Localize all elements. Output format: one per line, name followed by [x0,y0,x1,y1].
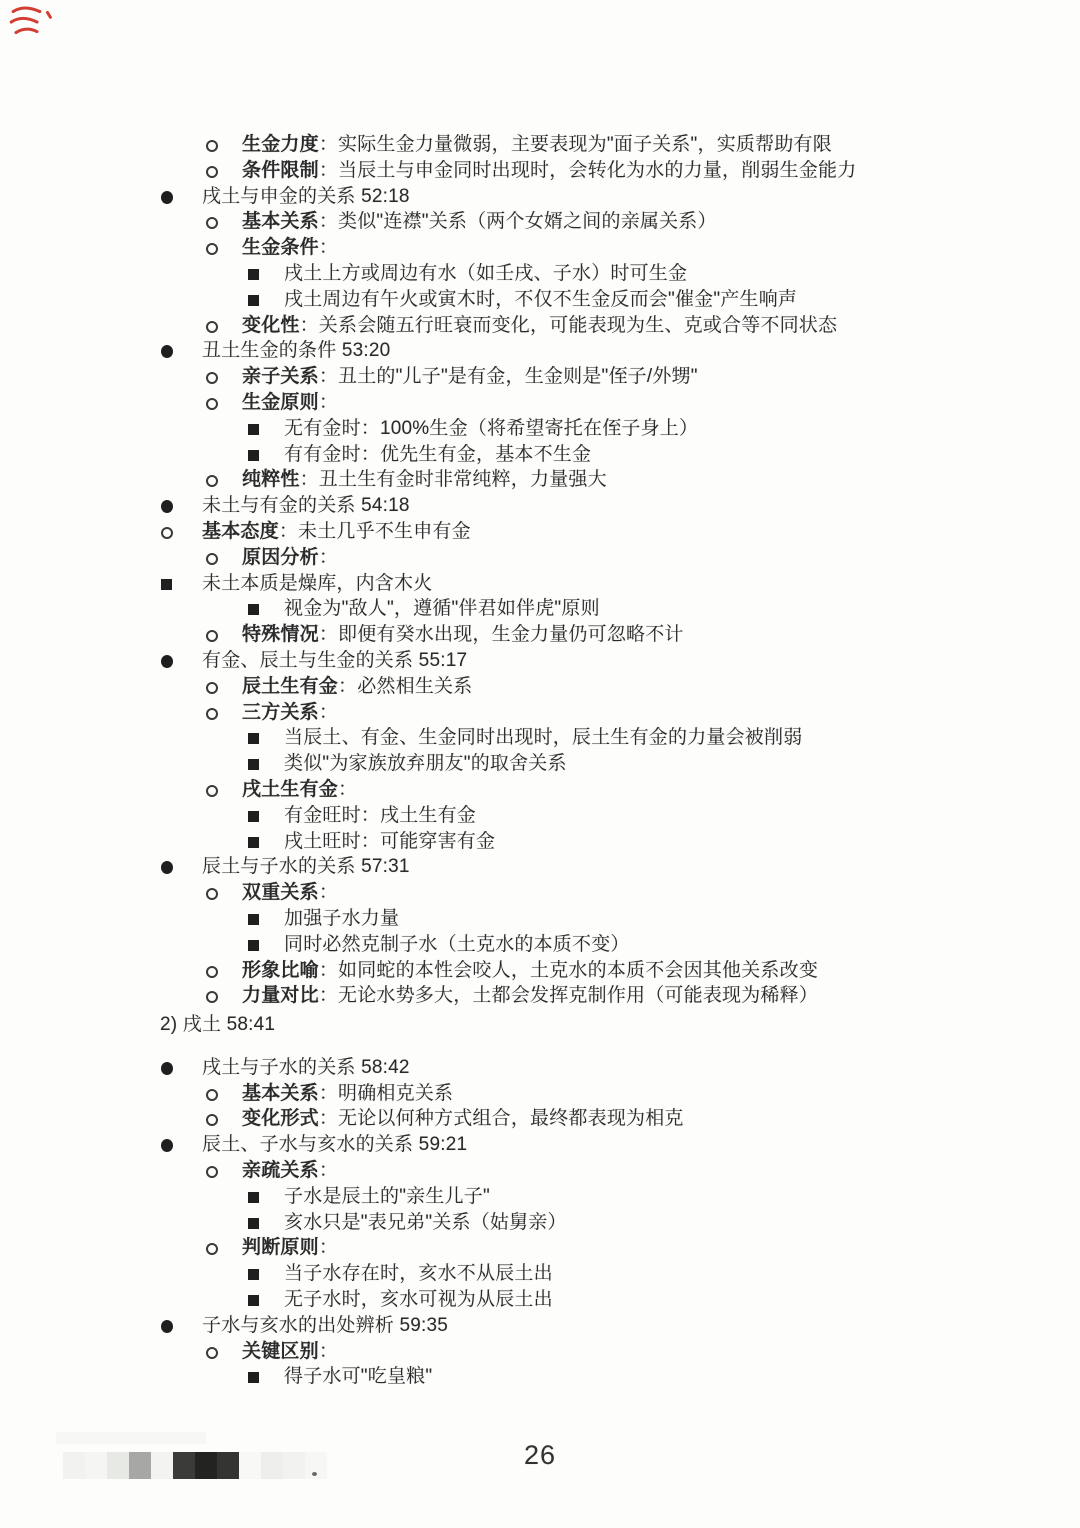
list-item: 同时必然克制子水（土克水的本质不变） [0,932,1080,958]
red-stroke [16,29,37,32]
list-item: 有金旺时：戌土生有金 [0,803,1080,829]
square-bullet-icon [248,1218,259,1229]
item-text: ：无论以何种方式组合，最终都表现为相克 [319,1108,684,1129]
item-text: ：关系会随五行旺衰而变化，可能表现为生、克或合等不同状态 [300,315,838,336]
item-text: 无子水时，亥水可视为从辰土出 [284,1289,553,1310]
red-stroke [48,13,51,18]
document-page: 生金力度：实际生金力量微弱，主要表现为"面子关系"，实质帮助有限条件限制：当辰土… [0,0,1080,1528]
list-item: 戌土与子水的关系 58:42 [0,1055,1080,1081]
list-item: 未土与有金的关系 54:18 [0,493,1080,519]
list-item: 力量对比：无论水势多大，土都会发挥克制作用（可能表现为稀释） [0,983,1080,1009]
item-text: 戌土与子水的关系 58:42 [202,1057,410,1078]
circle-bullet-icon [206,991,218,1003]
item-label: 生金原则 [242,392,319,413]
disc-bullet-icon [161,655,173,668]
item-text: ：丑土的"儿子"是有金，生金则是"侄子/外甥" [319,366,698,387]
list-item: 基本态度：未土几乎不生申有金 [0,519,1080,545]
square-bullet-icon [248,424,259,435]
list-item: 原因分析： [0,545,1080,571]
list-item: 视金为"敌人"，遵循"伴君如伴虎"原则 [0,596,1080,622]
disc-bullet-icon [161,191,173,204]
item-text: ： [338,779,357,800]
item-text: 戌土与申金的关系 52:18 [202,186,410,207]
circle-bullet-icon [206,785,218,797]
item-label: 变化形式 [242,1108,319,1129]
item-text: 有有金时：优先生有金，基本不生金 [284,444,591,465]
list-item: 特殊情况：即便有癸水出现，生金力量仍可忽略不计 [0,622,1080,648]
list-item: 丑土生金的条件 53:20 [0,338,1080,364]
item-text: 加强子水力量 [284,908,399,929]
bullet-list: 生金力度：实际生金力量微弱，主要表现为"面子关系"，实质帮助有限条件限制：当辰土… [0,132,1080,1390]
list-item: 得子水可"吃皇粮" [0,1364,1080,1390]
item-text: 未土与有金的关系 54:18 [202,495,410,516]
list-item: 亲疏关系： [0,1158,1080,1184]
item-text: 未土本质是燥库，内含木火 [202,573,432,594]
list-item: 戌土上方或周边有水（如壬戌、子水）时可生金 [0,261,1080,287]
list-item: 未土本质是燥库，内含木火 [0,571,1080,597]
item-text: 戌土周边有午火或寅木时，不仅不生金反而会"催金"产生响声 [284,289,797,310]
square-bullet-icon [248,811,259,822]
list-item: 亲子关系：丑土的"儿子"是有金，生金则是"侄子/外甥" [0,364,1080,390]
circle-bullet-icon [206,966,218,978]
item-label: 力量对比 [242,985,319,1006]
square-bullet-icon [248,1269,259,1280]
item-text: ：必然相生关系 [338,676,472,697]
item-label: 生金力度 [242,134,319,155]
circle-bullet-icon [206,682,218,694]
item-label: 双重关系 [242,882,319,903]
disc-bullet-icon [161,500,173,513]
square-bullet-icon [248,940,259,951]
item-label: 基本态度 [202,521,279,542]
item-text: 子水与亥水的出处辨析 59:35 [202,1315,448,1336]
list-item: 辰土、子水与亥水的关系 59:21 [0,1132,1080,1158]
list-item: 子水是辰土的"亲生儿子" [0,1184,1080,1210]
item-text: ：未土几乎不生申有金 [279,521,471,542]
list-item: 戌土周边有午火或寅木时，不仅不生金反而会"催金"产生响声 [0,287,1080,313]
square-bullet-icon [248,269,259,280]
item-text: 有金旺时：戌土生有金 [284,805,476,826]
item-label: 基本关系 [242,211,319,232]
square-bullet-icon [248,295,259,306]
item-text: 戌土旺时：可能穿害有金 [284,831,495,852]
list-item: 当子水存在时，亥水不从辰土出 [0,1261,1080,1287]
list-item: 三方关系： [0,700,1080,726]
circle-bullet-icon [206,888,218,900]
square-bullet-icon [248,604,259,615]
item-label: 生金条件 [242,237,319,258]
list-item: 加强子水力量 [0,906,1080,932]
item-text: 有金、辰土与生金的关系 55:17 [202,650,467,671]
square-bullet-icon [248,1295,259,1306]
item-label: 关键区别 [242,1341,319,1362]
item-text: ： [319,1341,338,1362]
circle-bullet-icon [206,553,218,565]
disc-bullet-icon [161,345,173,358]
square-bullet-icon [248,759,259,770]
red-stroke [11,18,37,22]
list-item: 戌土生有金： [0,777,1080,803]
list-item: 无有金时：100%生金（将希望寄托在侄子身上） [0,416,1080,442]
circle-bullet-icon [206,243,218,255]
circle-bullet-icon [206,630,218,642]
circle-bullet-icon [206,140,218,152]
list-item: 有有金时：优先生有金，基本不生金 [0,442,1080,468]
item-label: 原因分析 [242,547,319,568]
item-text: ：类似"连襟"关系（两个女婿之间的亲属关系） [319,211,717,232]
circle-bullet-icon [206,1166,218,1178]
circle-bullet-icon [206,166,218,178]
list-item: 双重关系： [0,880,1080,906]
square-bullet-icon [248,733,259,744]
square-bullet-icon [248,1192,259,1203]
circle-bullet-icon [206,1347,218,1359]
page-number: 26 [0,1440,1080,1471]
list-item: 变化形式：无论以何种方式组合，最终都表现为相克 [0,1106,1080,1132]
square-bullet-icon [248,450,259,461]
disc-bullet-icon [161,1139,173,1152]
item-text: ： [319,547,338,568]
item-text: 2) 戌土 58:41 [160,1014,275,1035]
item-text: ： [319,882,338,903]
square-bullet-icon [248,837,259,848]
item-text: ： [319,1237,338,1258]
list-item: 生金条件： [0,235,1080,261]
item-label: 变化性 [242,315,300,336]
circle-bullet-icon [206,217,218,229]
item-text: ： [319,702,338,723]
item-label: 条件限制 [242,160,319,181]
item-label: 三方关系 [242,702,319,723]
red-stroke [13,8,40,12]
item-label: 形象比喻 [242,960,319,981]
list-item: 当辰土、有金、生金同时出现时，辰土生有金的力量会被削弱 [0,725,1080,751]
item-text: ：明确相克关系 [319,1083,453,1104]
item-text: ：无论水势多大，土都会发挥克制作用（可能表现为稀释） [319,985,818,1006]
list-item: 戌土旺时：可能穿害有金 [0,829,1080,855]
list-item: 辰土与子水的关系 57:31 [0,854,1080,880]
item-text: ：当辰土与申金同时出现时，会转化为水的力量，削弱生金能力 [319,160,857,181]
item-label: 亲子关系 [242,366,319,387]
circle-bullet-icon [206,372,218,384]
item-text: 戌土上方或周边有水（如壬戌、子水）时可生金 [284,263,687,284]
item-text: 亥水只是"表兄弟"关系（姑舅亲） [284,1212,567,1233]
item-text: 丑土生金的条件 53:20 [202,340,390,361]
item-label: 戌土生有金 [242,779,338,800]
list-item: 生金力度：实际生金力量微弱，主要表现为"面子关系"，实质帮助有限 [0,132,1080,158]
item-text: 类似"为家族放弃朋友"的取舍关系 [284,753,567,774]
item-text: ：如同蛇的本性会咬人，土克水的本质不会因其他关系改变 [319,960,818,981]
item-label: 亲疏关系 [242,1160,319,1181]
item-text: 同时必然克制子水（土克水的本质不变） [284,934,630,955]
square-bullet-icon [248,914,259,925]
list-item: 有金、辰土与生金的关系 55:17 [0,648,1080,674]
item-text: 当辰土、有金、生金同时出现时，辰土生有金的力量会被削弱 [284,727,802,748]
list-item: 变化性：关系会随五行旺衰而变化，可能表现为生、克或合等不同状态 [0,313,1080,339]
circle-bullet-icon [206,321,218,333]
disc-bullet-icon [161,1320,173,1333]
circle-bullet-icon [206,1243,218,1255]
item-text: ：即便有癸水出现，生金力量仍可忽略不计 [319,624,684,645]
item-text: ：丑土生有金时非常纯粹，力量强大 [300,469,607,490]
item-label: 辰土生有金 [242,676,338,697]
item-text: 得子水可"吃皇粮" [284,1366,432,1387]
list-item: 形象比喻：如同蛇的本性会咬人，土克水的本质不会因其他关系改变 [0,958,1080,984]
item-label: 特殊情况 [242,624,319,645]
item-text: ： [319,392,338,413]
circle-bullet-icon [206,708,218,720]
square-bullet-icon [161,579,172,590]
list-item: 关键区别： [0,1339,1080,1365]
list-item: 基本关系：类似"连襟"关系（两个女婿之间的亲属关系） [0,209,1080,235]
disc-bullet-icon [161,861,173,874]
red-pen-marks-icon [8,2,66,44]
item-text: ：实际生金力量微弱，主要表现为"面子关系"，实质帮助有限 [319,134,832,155]
item-text: 辰土、子水与亥水的关系 59:21 [202,1134,467,1155]
list-item: 无子水时，亥水可视为从辰土出 [0,1287,1080,1313]
list-item: 判断原则： [0,1235,1080,1261]
square-bullet-icon [248,1372,259,1383]
item-label: 纯粹性 [242,469,300,490]
circle-bullet-icon [206,475,218,487]
item-label: 基本关系 [242,1083,319,1104]
circle-bullet-icon [206,1089,218,1101]
item-text: ： [319,1160,338,1181]
list-item: 基本关系：明确相克关系 [0,1081,1080,1107]
item-text: 辰土与子水的关系 57:31 [202,856,410,877]
item-text: 当子水存在时，亥水不从辰土出 [284,1263,553,1284]
list-item: 戌土与申金的关系 52:18 [0,184,1080,210]
list-item: 子水与亥水的出处辨析 59:35 [0,1313,1080,1339]
item-label: 判断原则 [242,1237,319,1258]
list-item: 亥水只是"表兄弟"关系（姑舅亲） [0,1210,1080,1236]
circle-bullet-icon [206,398,218,410]
circle-bullet-icon [206,1114,218,1126]
watermark-speck [312,1472,317,1476]
item-text: 子水是辰土的"亲生儿子" [284,1186,490,1207]
list-item: 类似"为家族放弃朋友"的取舍关系 [0,751,1080,777]
item-text: 无有金时：100%生金（将希望寄托在侄子身上） [284,418,698,439]
list-item: 生金原则： [0,390,1080,416]
section-heading: 2) 戌土 58:41 [0,1012,1080,1038]
list-item: 辰土生有金：必然相生关系 [0,674,1080,700]
list-item: 纯粹性：丑土生有金时非常纯粹，力量强大 [0,467,1080,493]
circle-bullet-icon [161,527,173,539]
item-text: ： [319,237,338,258]
list-item: 条件限制：当辰土与申金同时出现时，会转化为水的力量，削弱生金能力 [0,158,1080,184]
item-text: 视金为"敌人"，遵循"伴君如伴虎"原则 [284,598,600,619]
disc-bullet-icon [161,1062,173,1075]
